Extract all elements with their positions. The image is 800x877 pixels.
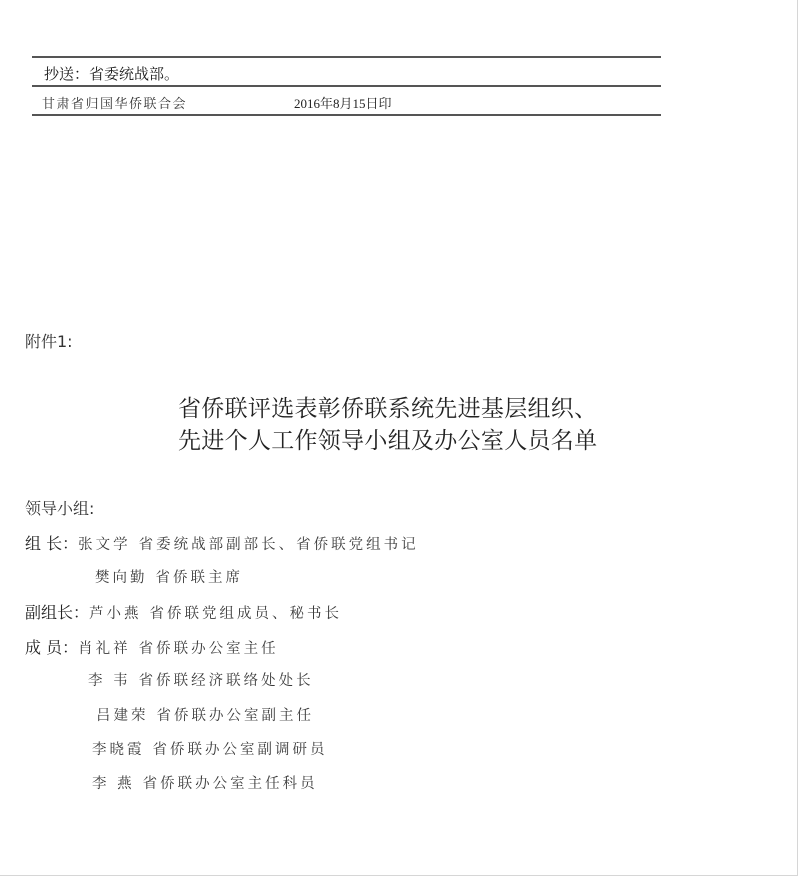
person-name: 吕建荣 <box>96 708 149 724</box>
roster-row: 副组长：芦小燕省侨联党组成员、秘书长 <box>25 600 342 623</box>
person-title: 省侨联经济联络处处长 <box>139 673 314 689</box>
person-title: 省侨联办公室副主任 <box>157 708 315 724</box>
person-name: 李 韦 <box>88 673 131 689</box>
roster-row: 樊向勤省侨联主席 <box>95 566 243 587</box>
roster-row: 成 员：肖礼祥省侨联办公室主任 <box>25 635 279 658</box>
person-title: 省侨联办公室主任科员 <box>143 776 318 792</box>
group-heading: 领导小组: <box>25 496 94 519</box>
roster-row: 李晓霞省侨联办公室副调研员 <box>92 738 328 759</box>
person-name: 李 燕 <box>92 776 135 792</box>
person-title: 省侨联办公室副调研员 <box>153 742 328 758</box>
roster-row: 吕建荣省侨联办公室副主任 <box>96 704 314 725</box>
person-title: 省侨联主席 <box>156 570 244 586</box>
person-name: 肖礼祥 <box>78 641 131 657</box>
person-title: 省侨联党组成员、秘书长 <box>150 606 343 622</box>
title-line-2: 先进个人工作领导小组及办公室人员名单 <box>178 425 597 457</box>
attachment-label: 附件1: <box>25 329 73 352</box>
distribution-block: 抄送：省委统战部。 甘肃省归国华侨联合会 2016年8月15日印 <box>32 56 661 116</box>
issuer-row: 甘肃省归国华侨联合会 2016年8月15日印 <box>32 85 661 116</box>
print-date: 2016年8月15日印 <box>294 93 392 112</box>
person-title: 省侨联办公室主任 <box>139 641 279 657</box>
roster-row: 李 燕省侨联办公室主任科员 <box>92 772 318 793</box>
title-line-1: 省侨联评选表彰侨联系统先进基层组织、 <box>178 393 597 425</box>
roster-row: 李 韦省侨联经济联络处处长 <box>88 669 314 690</box>
cc-text: 抄送：省委统战部。 <box>44 63 179 84</box>
person-name: 张文学 <box>78 537 131 553</box>
issuer-name: 甘肃省归国华侨联合会 <box>42 93 187 112</box>
person-name: 芦小燕 <box>89 606 142 622</box>
person-name: 樊向勤 <box>95 570 148 586</box>
role-label: 成 员： <box>25 635 78 658</box>
roster-row: 组 长：张文学省委统战部副部长、省侨联党组书记 <box>25 531 419 554</box>
document-title: 省侨联评选表彰侨联系统先进基层组织、 先进个人工作领导小组及办公室人员名单 <box>178 393 597 457</box>
role-label: 组 长： <box>25 531 78 554</box>
cc-row: 抄送：省委统战部。 <box>32 56 661 85</box>
person-title: 省委统战部副部长、省侨联党组书记 <box>139 537 419 553</box>
person-name: 李晓霞 <box>92 742 145 758</box>
role-label: 副组长： <box>25 600 89 623</box>
